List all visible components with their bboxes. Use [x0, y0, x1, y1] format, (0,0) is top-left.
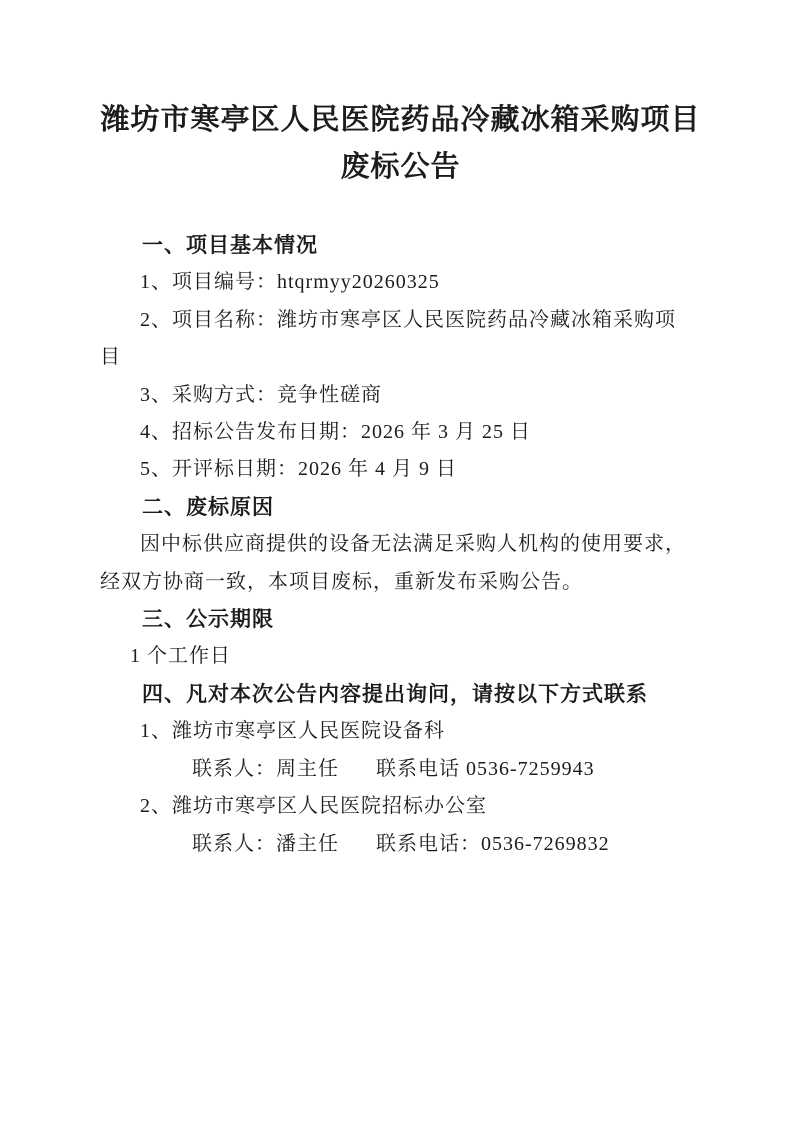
cancellation-reason-line1: 因中标供应商提供的设备无法满足采购人机构的使用要求，: [100, 526, 701, 563]
project-name-line2: 目: [100, 339, 701, 376]
procurement-method-line: 3、采购方式：竞争性磋商: [100, 377, 701, 414]
contact1-phone: 联系电话 0536-7259943: [376, 758, 595, 780]
project-number-line: 1、项目编号：htqrmyy20260325: [100, 264, 701, 301]
cancellation-reason-line2: 经双方协商一致，本项目废标，重新发布采购公告。: [100, 564, 701, 601]
section3-heading: 三、公示期限: [100, 601, 701, 638]
section2-heading: 二、废标原因: [100, 489, 701, 526]
document-content: 潍坊市寒亭区人民医院药品冷藏冰箱采购项目 废标公告 一、项目基本情况 1、项目编…: [0, 0, 793, 863]
section4-heading: 四、凡对本次公告内容提出询问，请按以下方式联系: [100, 676, 701, 713]
contact2-person: 联系人：潘主任: [192, 833, 339, 855]
document-title-line2: 废标公告: [100, 144, 701, 191]
contact1-person: 联系人：周主任: [192, 758, 339, 780]
announcement-date-line: 4、招标公告发布日期：2026 年 3 月 25 日: [100, 414, 701, 451]
document-title: 潍坊市寒亭区人民医院药品冷藏冰箱采购项目 废标公告: [100, 97, 701, 191]
document-title-line1: 潍坊市寒亭区人民医院药品冷藏冰箱采购项目: [100, 97, 701, 144]
publicity-period-line: 1 个工作日: [100, 638, 701, 675]
contact1-org-line: 1、潍坊市寒亭区人民医院设备科: [100, 713, 701, 750]
bid-opening-date-line: 5、开评标日期：2026 年 4 月 9 日: [100, 451, 701, 488]
section1-heading: 一、项目基本情况: [100, 227, 701, 264]
contact2-detail-line: 联系人：潘主任联系电话：0536-7269832: [100, 826, 701, 863]
contact1-detail-line: 联系人：周主任联系电话 0536-7259943: [100, 751, 701, 788]
document-body: 一、项目基本情况 1、项目编号：htqrmyy20260325 2、项目名称：潍…: [100, 227, 701, 863]
contact2-phone: 联系电话：0536-7269832: [376, 833, 610, 855]
contact2-org-line: 2、潍坊市寒亭区人民医院招标办公室: [100, 788, 701, 825]
document-page: 潍坊市寒亭区人民医院药品冷藏冰箱采购项目 废标公告 一、项目基本情况 1、项目编…: [0, 0, 793, 1122]
project-name-line1: 2、项目名称：潍坊市寒亭区人民医院药品冷藏冰箱采购项: [100, 302, 701, 339]
